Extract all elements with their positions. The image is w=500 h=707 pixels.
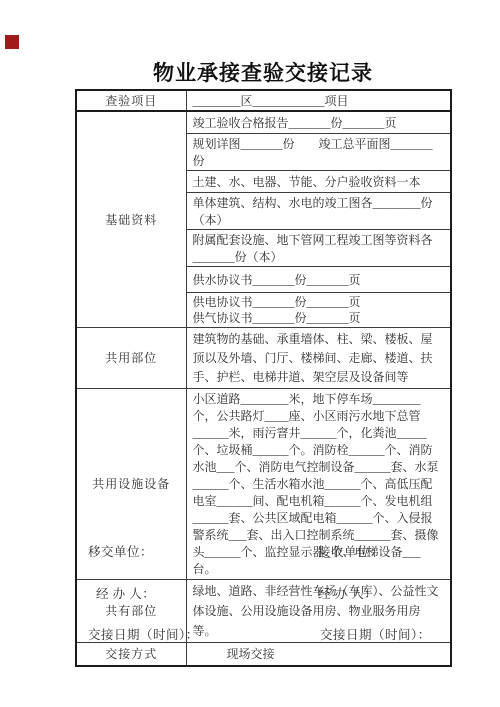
basic-docs-item: 供气协议书_______份_______页	[193, 310, 445, 326]
basic-docs-item: 附属配套设施、地下管网工程竣工图等资料各_______份（本）	[186, 229, 451, 266]
table-row: 基础资料 竣工验收合格报告_______份_______页	[76, 111, 451, 133]
shared-parts-value: 建筑物的基础、承重墙体、柱、梁、楼板、屋顶以及外墙、门厅、楼梯间、走廊、楼道、扶…	[186, 327, 451, 388]
row-label-shared-parts: 共用部位	[76, 327, 186, 388]
transfer-handler-label: 经 办 人：	[96, 584, 155, 602]
basic-docs-item: 规划详图_______份 竣工总平面图_______份	[186, 133, 451, 170]
receive-handler-label: 经 办 人：	[318, 584, 377, 602]
table-row: 共用部位 建筑物的基础、承重墙体、柱、梁、楼板、屋顶以及外墙、门厅、楼梯间、走廊…	[76, 327, 451, 388]
row-label-basic-docs: 基础资料	[76, 111, 186, 327]
basic-docs-item: 竣工验收合格报告_______份_______页	[186, 111, 451, 133]
receive-unit-label: 接收单位：	[318, 542, 383, 560]
basic-docs-item: 土建、水、电器、节能、分户验收资料一本	[186, 170, 451, 192]
document-page: 物业承接查验交接记录 查验项目 ________区____________项目 …	[0, 0, 500, 707]
row-label-inspect-item: 查验项目	[76, 90, 186, 111]
table-row: 查验项目 ________区____________项目	[76, 90, 451, 111]
red-corner-marker	[5, 35, 19, 49]
basic-docs-item: 单体建筑、结构、水电的竣工图各________份（本）	[186, 192, 451, 229]
table-row: 交接方式 现场交接	[76, 642, 451, 666]
inspect-item-value: ________区____________项目	[186, 90, 451, 111]
receive-date-label: 交接日期（时间）：	[320, 625, 431, 643]
transfer-date-label: 交接日期（时间）：	[88, 625, 199, 643]
handover-record-table: 查验项目 ________区____________项目 基础资料 竣工验收合格…	[75, 89, 452, 667]
transfer-unit-label: 移交单位：	[88, 542, 153, 560]
basic-docs-item: 供水协议书_______份_______页	[186, 266, 451, 292]
handover-method-value: 现场交接	[186, 642, 451, 666]
row-label-handover-method: 交接方式	[76, 642, 186, 666]
page-title: 物业承接查验交接记录	[75, 57, 451, 87]
basic-docs-item-group: 供电协议书_______份_______页 供气协议书_______份_____…	[186, 292, 451, 327]
basic-docs-item: 供电协议书_______份_______页	[193, 294, 445, 310]
